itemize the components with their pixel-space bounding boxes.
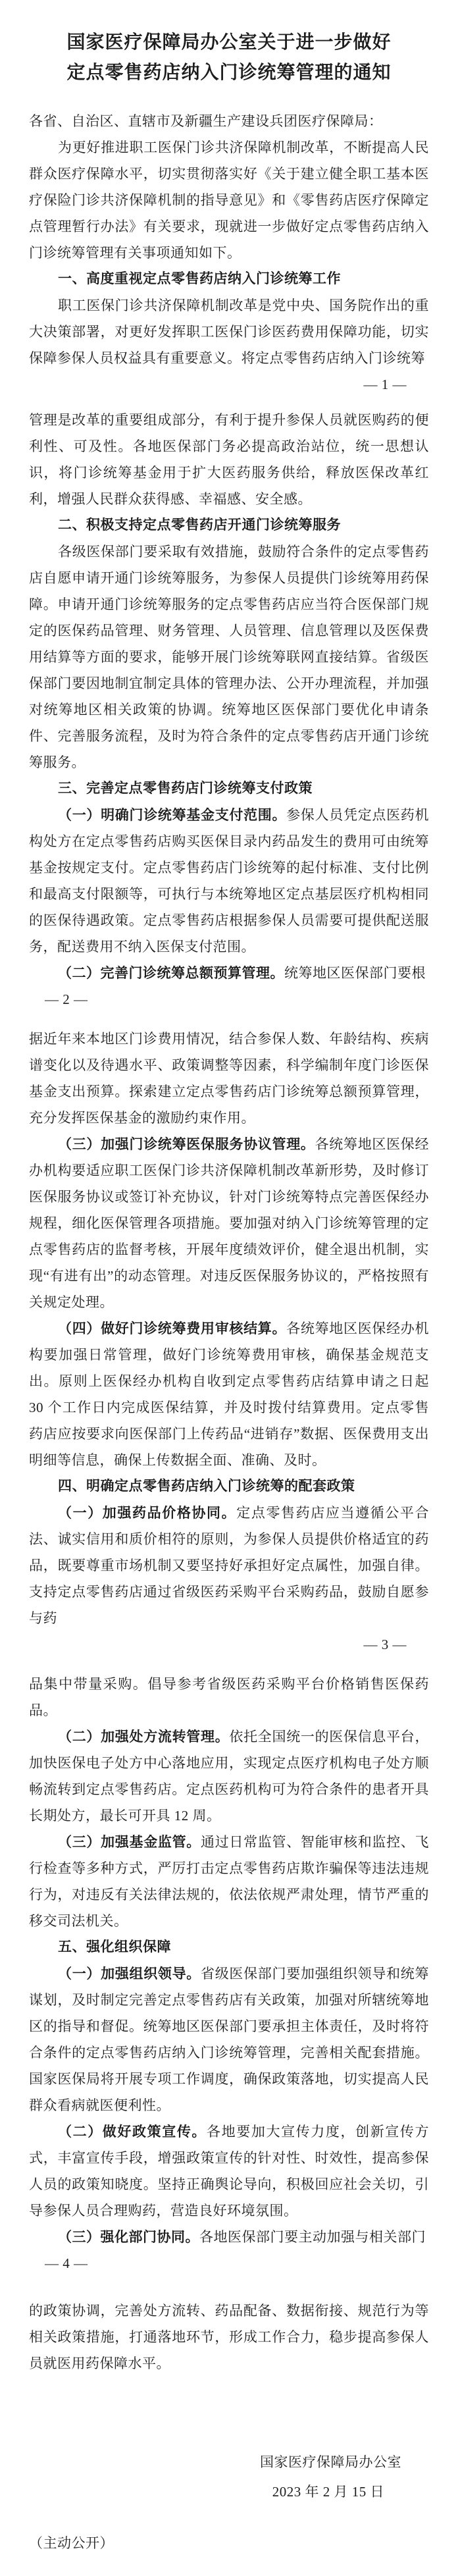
page-number-2: — 2 — [29, 986, 429, 1012]
section-4-item-1-part-b: 品集中带量采购。倡导参考省级医药采购平台价格销售医保药品。 [29, 1671, 429, 1723]
signature-date: 2023 年 2 月 15 日 [29, 2479, 429, 2505]
section-3-item-1: （一）明确门诊统筹基金支付范围。参保人员凭定点医药机构处方在定点零售药店购买医保… [29, 802, 429, 960]
section-3-item-2-body-a: 统筹地区医保部门要根 [284, 965, 426, 981]
section-4-item-2: （二）加强处方流转管理。依托全国统一的医保信息平台，加快医保电子处方中心落地应用… [29, 1723, 429, 1829]
section-5-heading: 五、强化组织保障 [29, 1934, 429, 1960]
section-1-paragraph-part-b: 管理是改革的重要组成部分，有利于提升参保人员就医购药的便利性、可及性。各地医保部… [29, 407, 429, 512]
section-1-heading: 一、高度重视定点零售药店纳入门诊统筹工作 [29, 266, 429, 292]
section-3-item-3-lead: （三）加强门诊统筹医保服务协议管理。 [58, 1136, 315, 1152]
section-5-item-3-body-a: 各地医保部门要主动加强与相关部门 [199, 2229, 426, 2245]
disclosure-note: （主动公开） [29, 2530, 429, 2556]
section-5-item-3-part-b: 的政策协调，完善处方流转、药品配备、数据衔接、规范行为等相关政策措施，打通落地环… [29, 2298, 429, 2377]
section-3-item-2-part-b: 据近年来本地区门诊费用情况，结合参保人数、年龄结构、疾病谱变化以及待遇水平、政策… [29, 1026, 429, 1131]
section-5-item-2: （二）做好政策宣传。各地要加大宣传力度，创新宣传方式，丰富宣传手段，增强政策宣传… [29, 2118, 429, 2224]
section-3-heading: 三、完善定点零售药店门诊统筹支付政策 [29, 775, 429, 802]
section-4-item-3: （三）加强基金监管。通过日常监管、智能审核和监控、飞行检查等多种方式，严厉打击定… [29, 1829, 429, 1934]
document-title-line-1: 国家医疗保障局办公室关于进一步做好 [29, 28, 429, 58]
section-2-paragraph: 各级医保部门要采取有效措施，鼓励符合条件的定点零售药店自愿申请开通门诊统筹服务，… [29, 539, 429, 775]
section-5-item-3-lead: （三）强化部门协同。 [58, 2229, 199, 2245]
section-5-item-2-lead: （二）做好政策宣传。 [58, 2124, 207, 2140]
document-title-line-2: 定点零售药店纳入门诊统筹管理的通知 [29, 58, 429, 88]
section-3-item-4-body: 各统筹地区医保经办机构要加强日常管理，做好门诊统筹费用审核，确保基金规范支出。原… [29, 1321, 429, 1468]
section-3-item-2-part-a: （二）完善门诊统筹总额预算管理。统筹地区医保部门要根 [29, 960, 429, 986]
document-title: 国家医疗保障局办公室关于进一步做好 定点零售药店纳入门诊统筹管理的通知 [29, 28, 429, 88]
section-4-item-1-part-a: （一）加强药品价格协同。定点零售药店应当遵循公平合法、诚实信用和质价相符的原则，… [29, 1500, 429, 1631]
page-number-4: — 4 — [29, 2250, 429, 2276]
section-5-item-1-lead: （一）加强组织领导。 [58, 1966, 201, 1982]
page-number-3: — 3 — [29, 1631, 429, 1658]
section-3-item-4: （四）做好门诊统筹费用审核结算。各统筹地区医保经办机构要加强日常管理，做好门诊统… [29, 1315, 429, 1473]
section-4-item-1-lead: （一）加强药品价格协同。 [58, 1505, 236, 1521]
section-2-heading: 二、积极支持定点零售药店开通门诊统筹服务 [29, 512, 429, 539]
section-3-item-1-lead: （一）明确门诊统筹基金支付范围。 [58, 807, 286, 823]
section-5-item-1-body: 省级医保部门要加强组织领导和统筹谋划，及时制定完善定点零售药店有关政策，加强对所… [29, 1966, 429, 2113]
scanned-document: 国家医疗保障局办公室关于进一步做好 定点零售药店纳入门诊统筹管理的通知 各省、自… [0, 0, 458, 2576]
section-4-item-1-body-a: 定点零售药店应当遵循公平合法、诚实信用和质价相符的原则，为参保人员提供价格适宜的… [29, 1505, 429, 1626]
section-3-item-2-lead: （二）完善门诊统筹总额预算管理。 [58, 965, 284, 981]
section-3-item-3-body: 各统筹地区医保经办机构要适应职工医保门诊共济保障机制改革新形势，及时修订医保服务… [29, 1136, 429, 1310]
section-4-item-2-lead: （二）加强处方流转管理。 [58, 1729, 229, 1745]
section-3-item-4-lead: （四）做好门诊统筹费用审核结算。 [58, 1321, 286, 1336]
section-5-item-3-part-a: （三）强化部门协同。各地医保部门要主动加强与相关部门 [29, 2224, 429, 2250]
page-number-1: — 1 — [29, 371, 429, 398]
section-1-paragraph-part-a: 职工医保门诊共济保障机制改革是党中央、国务院作出的重大决策部署，对更好发挥职工医… [29, 292, 429, 371]
intro-paragraph: 为更好推进职工医保门诊共济保障机制改革，不断提高人民群众医疗保障水平，切实贯彻落… [29, 134, 429, 266]
section-5-item-1: （一）加强组织领导。省级医保部门要加强组织领导和统筹谋划，及时制定完善定点零售药… [29, 1960, 429, 2118]
addressee-line: 各省、自治区、直辖市及新疆生产建设兵团医疗保障局： [29, 108, 429, 134]
section-4-heading: 四、明确定点零售药店纳入门诊统筹的配套政策 [29, 1473, 429, 1500]
section-3-item-1-body: 参保人员凭定点医药机构处方在定点零售药店购买医保目录内药品发生的费用可由统筹基金… [29, 807, 429, 955]
section-3-item-3: （三）加强门诊统筹医保服务协议管理。各统筹地区医保经办机构要适应职工医保门诊共济… [29, 1131, 429, 1315]
section-4-item-3-lead: （三）加强基金监管。 [58, 1834, 201, 1850]
signature-block: 国家医疗保障局办公室 2023 年 2 月 15 日 [29, 2449, 429, 2505]
signature-organization: 国家医疗保障局办公室 [29, 2449, 429, 2475]
